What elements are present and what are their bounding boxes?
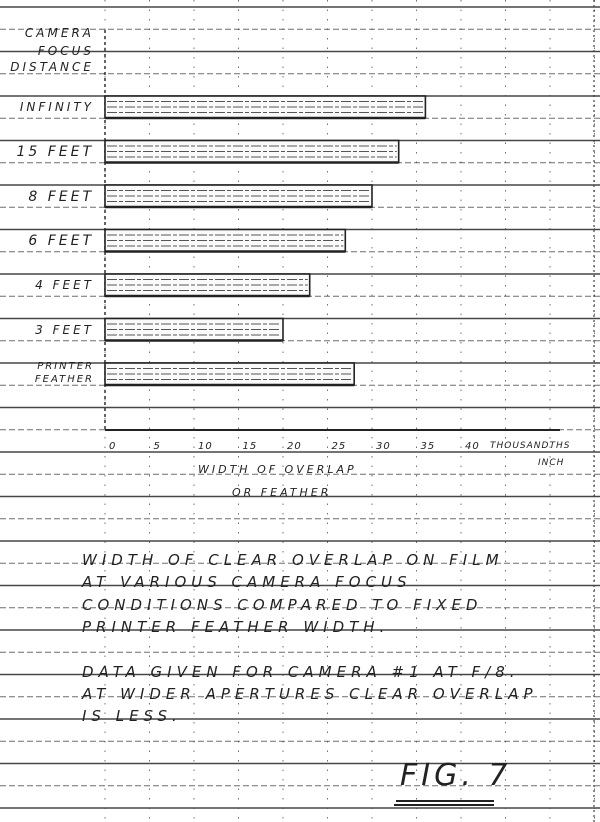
category-label: 6 FEET xyxy=(2,233,94,249)
x-tick-label: 5 xyxy=(154,441,161,452)
caption-line-4: PRINTER FEATHER WIDTH. xyxy=(82,618,389,636)
remark-line-2: AT WIDER APERTURES CLEAR OVERLAP xyxy=(82,685,538,703)
x-tick-label: 15 xyxy=(243,441,258,452)
caption-line-1: WIDTH OF CLEAR OVERLAP ON FILM xyxy=(82,551,504,569)
y-title-line-2: FOCUS xyxy=(2,44,94,58)
category-label: PRINTER FEATHER xyxy=(2,360,94,386)
x-tick-label: 25 xyxy=(332,441,347,452)
x-axis-title-line-2: OR FEATHER xyxy=(232,486,331,499)
x-axis-title-line-1: WIDTH OF OVERLAP xyxy=(198,463,357,476)
remark-line-1: DATA GIVEN FOR CAMERA #1 AT F/8. xyxy=(82,663,520,681)
x-tick-label: 20 xyxy=(287,441,302,452)
category-label: 3 FEET xyxy=(2,323,94,337)
category-label: 15 FEET xyxy=(2,144,94,160)
x-unit-line-1: THOUSANDTHS xyxy=(490,441,570,451)
y-title-line-1: CAMERA xyxy=(2,26,94,40)
caption-line-3: CONDITIONS COMPARED TO FIXED xyxy=(82,596,482,614)
x-tick-label: 10 xyxy=(198,441,213,452)
caption-line-2: AT VARIOUS CAMERA FOCUS xyxy=(82,573,412,591)
figure-label: FIG. 7 xyxy=(400,758,512,793)
figure-underline xyxy=(394,804,494,806)
category-label: 8 FEET xyxy=(2,189,94,205)
category-label: 4 FEET xyxy=(2,278,94,292)
remark-line-3: IS LESS. xyxy=(82,707,182,725)
y-title-line-3: DISTANCE xyxy=(2,60,94,74)
figure-underline xyxy=(396,800,494,802)
x-tick-label: 0 xyxy=(109,441,116,452)
x-tick-label: 35 xyxy=(421,441,436,452)
x-tick-label: 40 xyxy=(465,441,480,452)
category-label: INFINITY xyxy=(2,100,94,114)
x-unit-line-2: INCH xyxy=(538,458,564,468)
x-tick-label: 30 xyxy=(376,441,391,452)
